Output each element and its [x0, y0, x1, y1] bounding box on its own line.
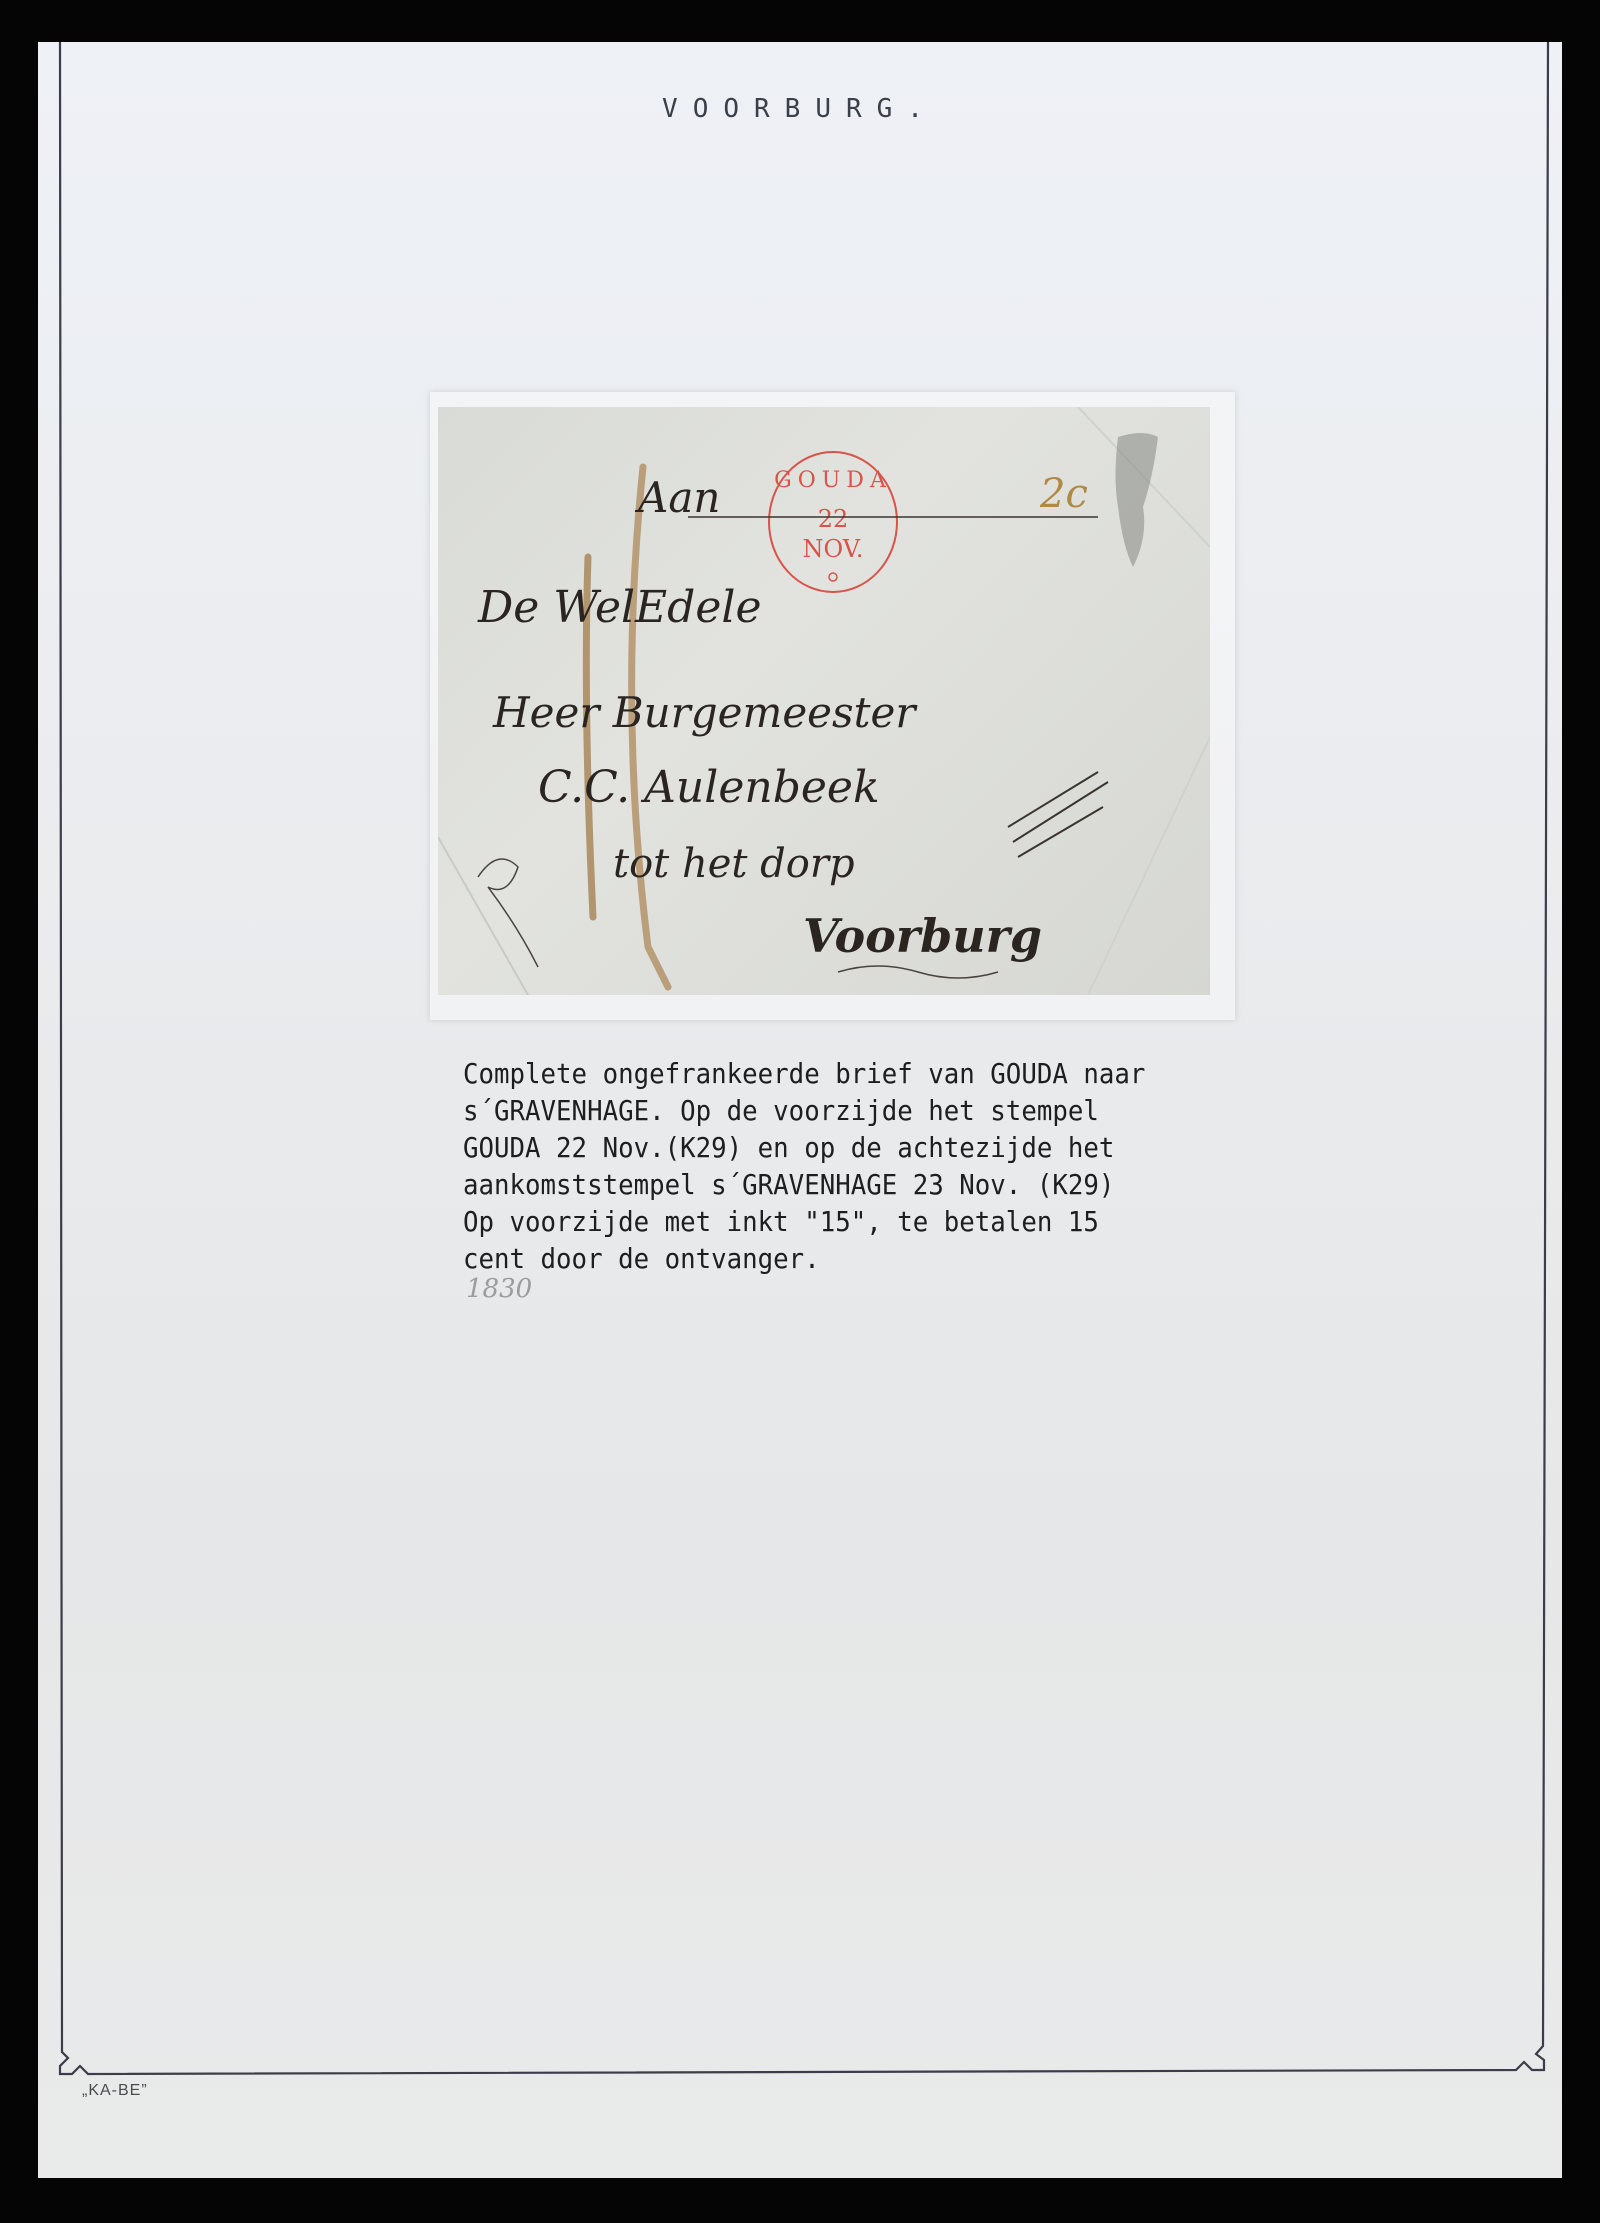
page-border-frame: [38, 42, 1562, 2178]
album-maker-label: „KA-BE”: [82, 2082, 148, 2100]
album-page: VOORBURG. GOUDA 22 NOV. 2c: [38, 42, 1562, 2178]
